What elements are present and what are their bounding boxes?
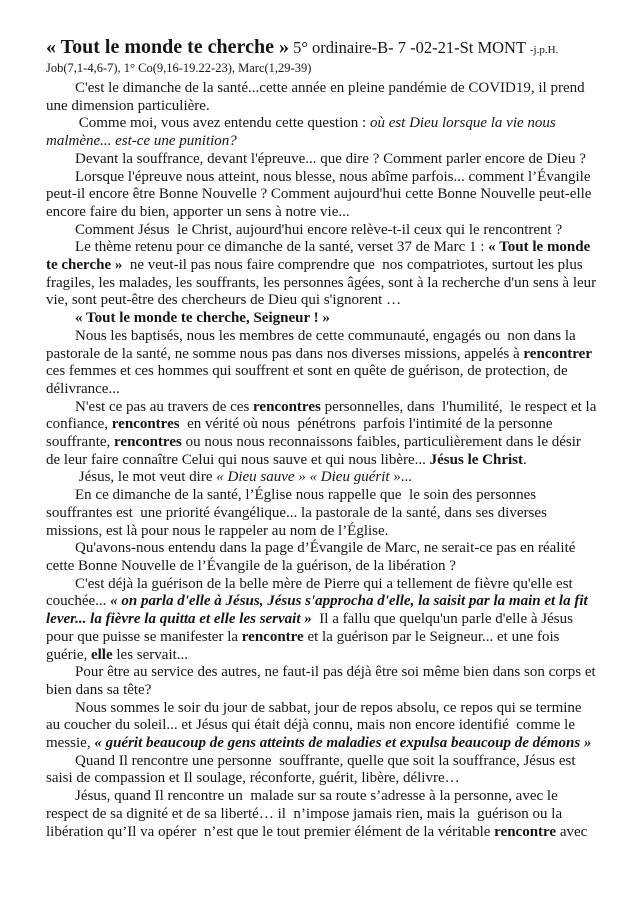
paragraph: N'est ce pas au travers de ces rencontre… — [46, 399, 598, 470]
paragraph: Pour être au service des autres, ne faut… — [46, 664, 598, 699]
text-run: Jésus, le mot veut dire — [75, 469, 216, 485]
text-run: rencontre — [494, 824, 556, 840]
text-run: Quand Il rencontre une personne souffran… — [46, 753, 579, 787]
document-body: C'est le dimanche de la santé...cette an… — [46, 80, 598, 841]
text-run: C'est le dimanche de la santé...cette an… — [46, 80, 588, 114]
paragraph: En ce dimanche de la santé, l’Église nou… — [46, 487, 598, 540]
text-run: Le thème retenu pour ce dimanche de la s… — [75, 239, 488, 255]
text-run: rencontres — [112, 416, 180, 432]
text-run: . — [523, 452, 527, 468]
paragraph: Quand Il rencontre une personne souffran… — [46, 753, 598, 788]
text-run: Devant la souffrance, devant l'épreuve..… — [75, 151, 586, 167]
text-run: rencontres — [253, 399, 321, 415]
text-run: Qu'avons-nous entendu dans la page d’Éva… — [46, 540, 579, 574]
paragraph: Le thème retenu pour ce dimanche de la s… — [46, 239, 598, 310]
document-page: « Tout le monde te cherche » 5° ordinair… — [0, 0, 640, 905]
text-run: Nous les baptisés, nous les membres de c… — [46, 328, 579, 362]
title-quote: « Tout le monde te cherche » — [46, 36, 289, 58]
text-run: Comme moi, vous avez entendu cette quest… — [75, 115, 370, 131]
text-run: avec — [556, 824, 587, 840]
text-run: ne veut-il pas nous faire comprendre que… — [46, 257, 600, 308]
paragraph: Comme moi, vous avez entendu cette quest… — [46, 115, 598, 150]
text-run: Pour être au service des autres, ne faut… — [46, 664, 599, 698]
paragraph: Nous les baptisés, nous les membres de c… — [46, 328, 598, 399]
text-run: N'est ce pas au travers de ces — [75, 399, 253, 415]
text-run: rencontrer — [523, 346, 592, 362]
document-header: « Tout le monde te cherche » 5° ordinair… — [46, 36, 598, 75]
text-run: rencontre — [242, 629, 304, 645]
text-run: les servait... — [113, 647, 188, 663]
paragraph: « Tout le monde te cherche, Seigneur ! » — [46, 310, 598, 328]
text-run: « Dieu sauve » « Dieu guérit » — [216, 469, 401, 485]
title-line: « Tout le monde te cherche » 5° ordinair… — [46, 36, 598, 61]
text-run: En ce dimanche de la santé, l’Église nou… — [46, 487, 551, 538]
text-run: Jésus le Christ — [430, 452, 523, 468]
paragraph: C'est déjà la guérison de la belle mère … — [46, 576, 598, 665]
paragraph: Qu'avons-nous entendu dans la page d’Éva… — [46, 540, 598, 575]
paragraph: Jésus, le mot veut dire « Dieu sauve » «… — [46, 469, 598, 487]
paragraph: Comment Jésus le Christ, aujourd'hui enc… — [46, 222, 598, 240]
text-run: Lorsque l'épreuve nous atteint, nous ble… — [46, 169, 595, 220]
paragraph: Devant la souffrance, devant l'épreuve..… — [46, 151, 598, 169]
paragraph: Nous sommes le soir du jour de sabbat, j… — [46, 700, 598, 753]
text-run: ... — [401, 469, 412, 485]
paragraph: Jésus, quand Il rencontre un malade sur … — [46, 788, 598, 841]
text-run: elle — [91, 647, 113, 663]
title-author-initials: -j.p.H. — [530, 44, 558, 56]
text-run: rencontres — [114, 434, 182, 450]
title-subtitle: 5° ordinaire-B- 7 -02-21-St MONT — [289, 38, 530, 57]
text-run: « guérit beaucoup de gens atteints de ma… — [94, 735, 591, 751]
scripture-references: Job(7,1-4,6-7), 1° Co(9,16-19.22-23), Ma… — [46, 61, 598, 75]
paragraph: Lorsque l'épreuve nous atteint, nous ble… — [46, 169, 598, 222]
text-run: Jésus, quand Il rencontre un malade sur … — [46, 788, 566, 839]
paragraph: C'est le dimanche de la santé...cette an… — [46, 80, 598, 115]
text-run: Comment Jésus le Christ, aujourd'hui enc… — [75, 222, 562, 238]
text-run: « Tout le monde te cherche, Seigneur ! » — [75, 310, 330, 326]
